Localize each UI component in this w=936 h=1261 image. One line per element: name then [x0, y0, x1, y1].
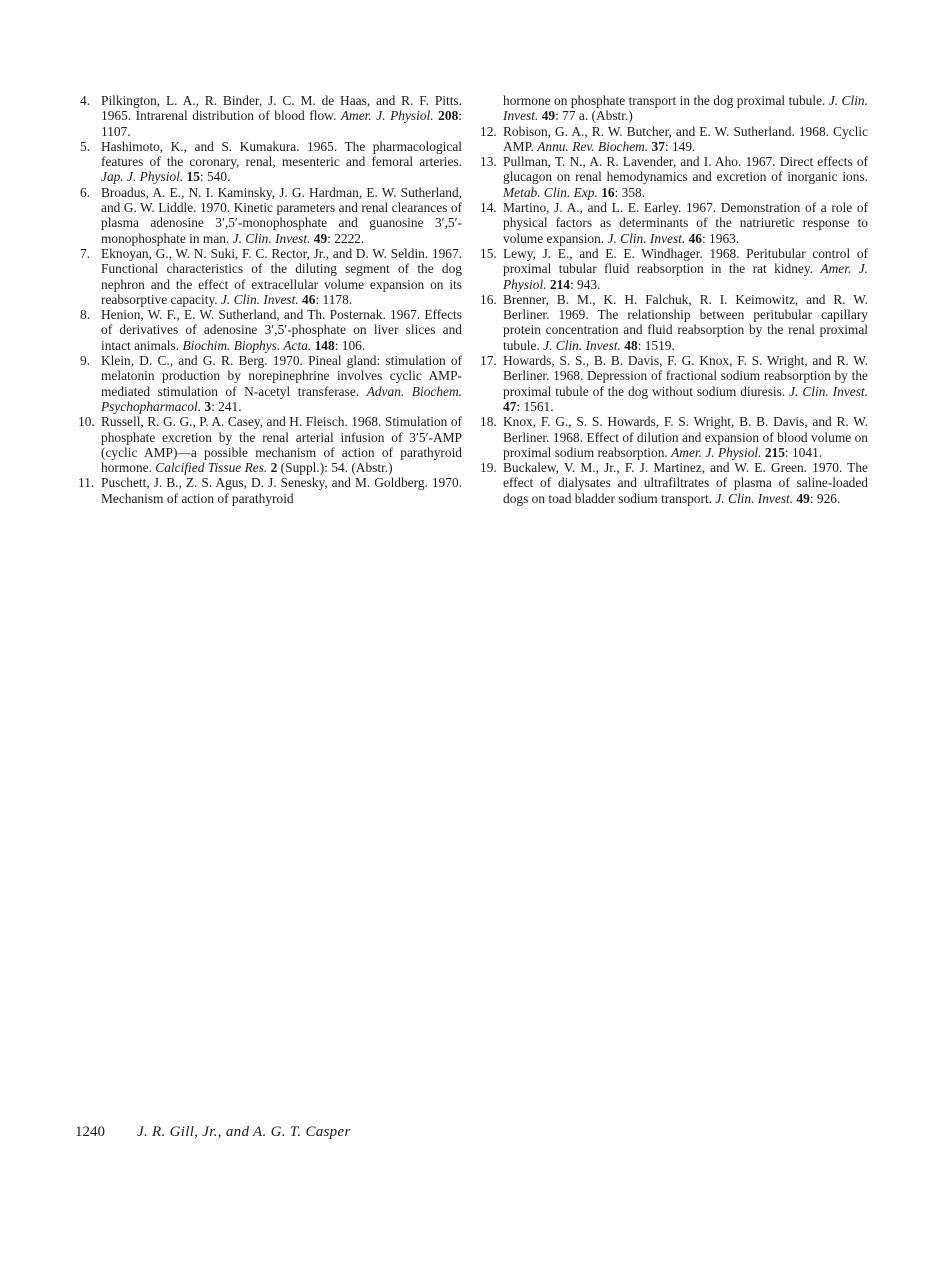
- reference-volume: 15: [187, 169, 200, 184]
- reference-volume: 208: [438, 108, 458, 123]
- reference-pages: : 1041.: [785, 445, 822, 460]
- reference-journal: Annu. Rev. Biochem.: [537, 139, 651, 154]
- reference-volume: 49: [314, 231, 327, 246]
- reference-pages: (Suppl.): 54. (Abstr.): [277, 460, 392, 475]
- reference-volume: 49: [796, 491, 809, 506]
- references-left-column: 4. Pilkington, L. A., R. Binder, J. C. M…: [80, 93, 462, 506]
- reference-pages: : 926.: [810, 491, 841, 506]
- reference-entry: 4. Pilkington, L. A., R. Binder, J. C. M…: [80, 93, 462, 139]
- reference-number: 6.: [80, 185, 98, 200]
- page-number: 1240: [75, 1124, 137, 1141]
- reference-entry: 14. Martino, J. A., and L. E. Earley. 19…: [482, 200, 868, 246]
- reference-journal: J. Clin. Invest.: [543, 338, 624, 353]
- reference-number: 8.: [80, 307, 98, 322]
- reference-journal: Biochim. Biophys. Acta.: [182, 338, 314, 353]
- reference-journal: J. Clin. Invest.: [608, 231, 689, 246]
- reference-entry: 16. Brenner, B. M., K. H. Falchuk, R. I.…: [482, 292, 868, 353]
- reference-pages: : 241.: [211, 399, 242, 414]
- reference-number: 12.: [480, 124, 500, 139]
- reference-pages: : 540.: [200, 169, 231, 184]
- reference-entry: 11. Puschett, J. B., Z. S. Agus, D. J. S…: [80, 475, 462, 506]
- reference-entry: 18. Knox, F. G., S. S. Howards, F. S. Wr…: [482, 414, 868, 460]
- reference-pages: : 358.: [615, 185, 646, 200]
- reference-pages: : 1561.: [516, 399, 553, 414]
- reference-volume: 47: [503, 399, 516, 414]
- reference-journal: Amer. J. Physiol.: [341, 108, 438, 123]
- reference-journal: Amer. J. Physiol.: [671, 445, 765, 460]
- reference-entry: 15. Lewy, J. E., and E. E. Windhager. 19…: [482, 246, 868, 292]
- reference-entry: 6. Broadus, A. E., N. I. Kaminsky, J. G.…: [80, 185, 462, 246]
- reference-entry: 5. Hashimoto, K., and S. Kumakura. 1965.…: [80, 139, 462, 185]
- reference-entry: 13. Pullman, T. N., A. R. Lavender, and …: [482, 154, 868, 200]
- reference-authors-title: Lewy, J. E., and E. E. Windhager. 1968. …: [503, 246, 868, 276]
- reference-volume: 215: [765, 445, 785, 460]
- reference-number: 18.: [480, 414, 500, 429]
- reference-number: 13.: [480, 154, 500, 169]
- reference-pages: : 943.: [570, 277, 601, 292]
- reference-entry: 19. Buckalew, V. M., Jr., F. J. Martinez…: [482, 460, 868, 506]
- reference-number: 7.: [80, 246, 98, 261]
- reference-list-right: 12. Robison, G. A., R. W. Butcher, and E…: [482, 124, 868, 506]
- running-head-authors: J. R. Gill, Jr., and A. G. T. Casper: [137, 1124, 351, 1140]
- reference-pages: : 1963.: [702, 231, 739, 246]
- reference-volume: 148: [315, 338, 335, 353]
- reference-number: 10.: [78, 414, 98, 429]
- reference-entry: 12. Robison, G. A., R. W. Butcher, and E…: [482, 124, 868, 155]
- reference-number: 17.: [480, 353, 500, 368]
- reference-number: 5.: [80, 139, 98, 154]
- reference-number: 14.: [480, 200, 500, 215]
- reference-volume: 214: [550, 277, 570, 292]
- reference-journal: J. Clin. Invest.: [221, 292, 302, 307]
- reference-number: 11.: [78, 475, 98, 490]
- reference-journal: Jap. J. Physiol.: [101, 169, 187, 184]
- reference-number: 15.: [480, 246, 500, 261]
- reference-pages: : 1519.: [638, 338, 675, 353]
- reference-pages: : 2222.: [327, 231, 364, 246]
- reference-entry: 8. Henion, W. F., E. W. Sutherland, and …: [80, 307, 462, 353]
- reference-number: 19.: [480, 460, 500, 475]
- reference-volume: 37: [652, 139, 665, 154]
- reference-pages: : 1178.: [315, 292, 352, 307]
- reference-pages: : 106.: [335, 338, 366, 353]
- reference-authors-title: hormone on phosphate transport in the do…: [503, 93, 825, 108]
- reference-authors-title: Pullman, T. N., A. R. Lavender, and I. A…: [503, 154, 868, 184]
- reference-journal: J. Clin. Invest.: [233, 231, 314, 246]
- reference-volume: 46: [302, 292, 315, 307]
- reference-journal: J. Clin. Invest.: [789, 384, 868, 399]
- reference-pages: : 77 a. (Abstr.): [555, 108, 633, 123]
- reference-number: 16.: [480, 292, 500, 307]
- reference-entry: 10. Russell, R. G. G., P. A. Casey, and …: [80, 414, 462, 475]
- reference-entry: 7. Eknoyan, G., W. N. Suki, F. C. Rector…: [80, 246, 462, 307]
- reference-continuation: hormone on phosphate transport in the do…: [482, 93, 868, 124]
- reference-number: 4.: [80, 93, 98, 108]
- reference-journal: Calcified Tissue Res.: [155, 460, 270, 475]
- reference-journal: J. Clin. Invest.: [715, 491, 796, 506]
- reference-volume: 48: [624, 338, 637, 353]
- reference-volume: 16: [601, 185, 614, 200]
- reference-entry: 17. Howards, S. S., B. B. Davis, F. G. K…: [482, 353, 868, 414]
- reference-journal: Metab. Clin. Exp.: [503, 185, 601, 200]
- references-right-column: hormone on phosphate transport in the do…: [482, 93, 868, 506]
- reference-list-left: 4. Pilkington, L. A., R. Binder, J. C. M…: [80, 93, 462, 506]
- page-footer: 1240J. R. Gill, Jr., and A. G. T. Casper: [75, 1124, 351, 1141]
- reference-pages: : 149.: [665, 139, 696, 154]
- reference-authors-title: Puschett, J. B., Z. S. Agus, D. J. Senes…: [101, 475, 462, 505]
- reference-number: 9.: [80, 353, 98, 368]
- reference-volume: 46: [689, 231, 702, 246]
- reference-entry: 9. Klein, D. C., and G. R. Berg. 1970. P…: [80, 353, 462, 414]
- reference-authors-title: Hashimoto, K., and S. Kumakura. 1965. Th…: [101, 139, 462, 169]
- reference-volume: 49: [542, 108, 555, 123]
